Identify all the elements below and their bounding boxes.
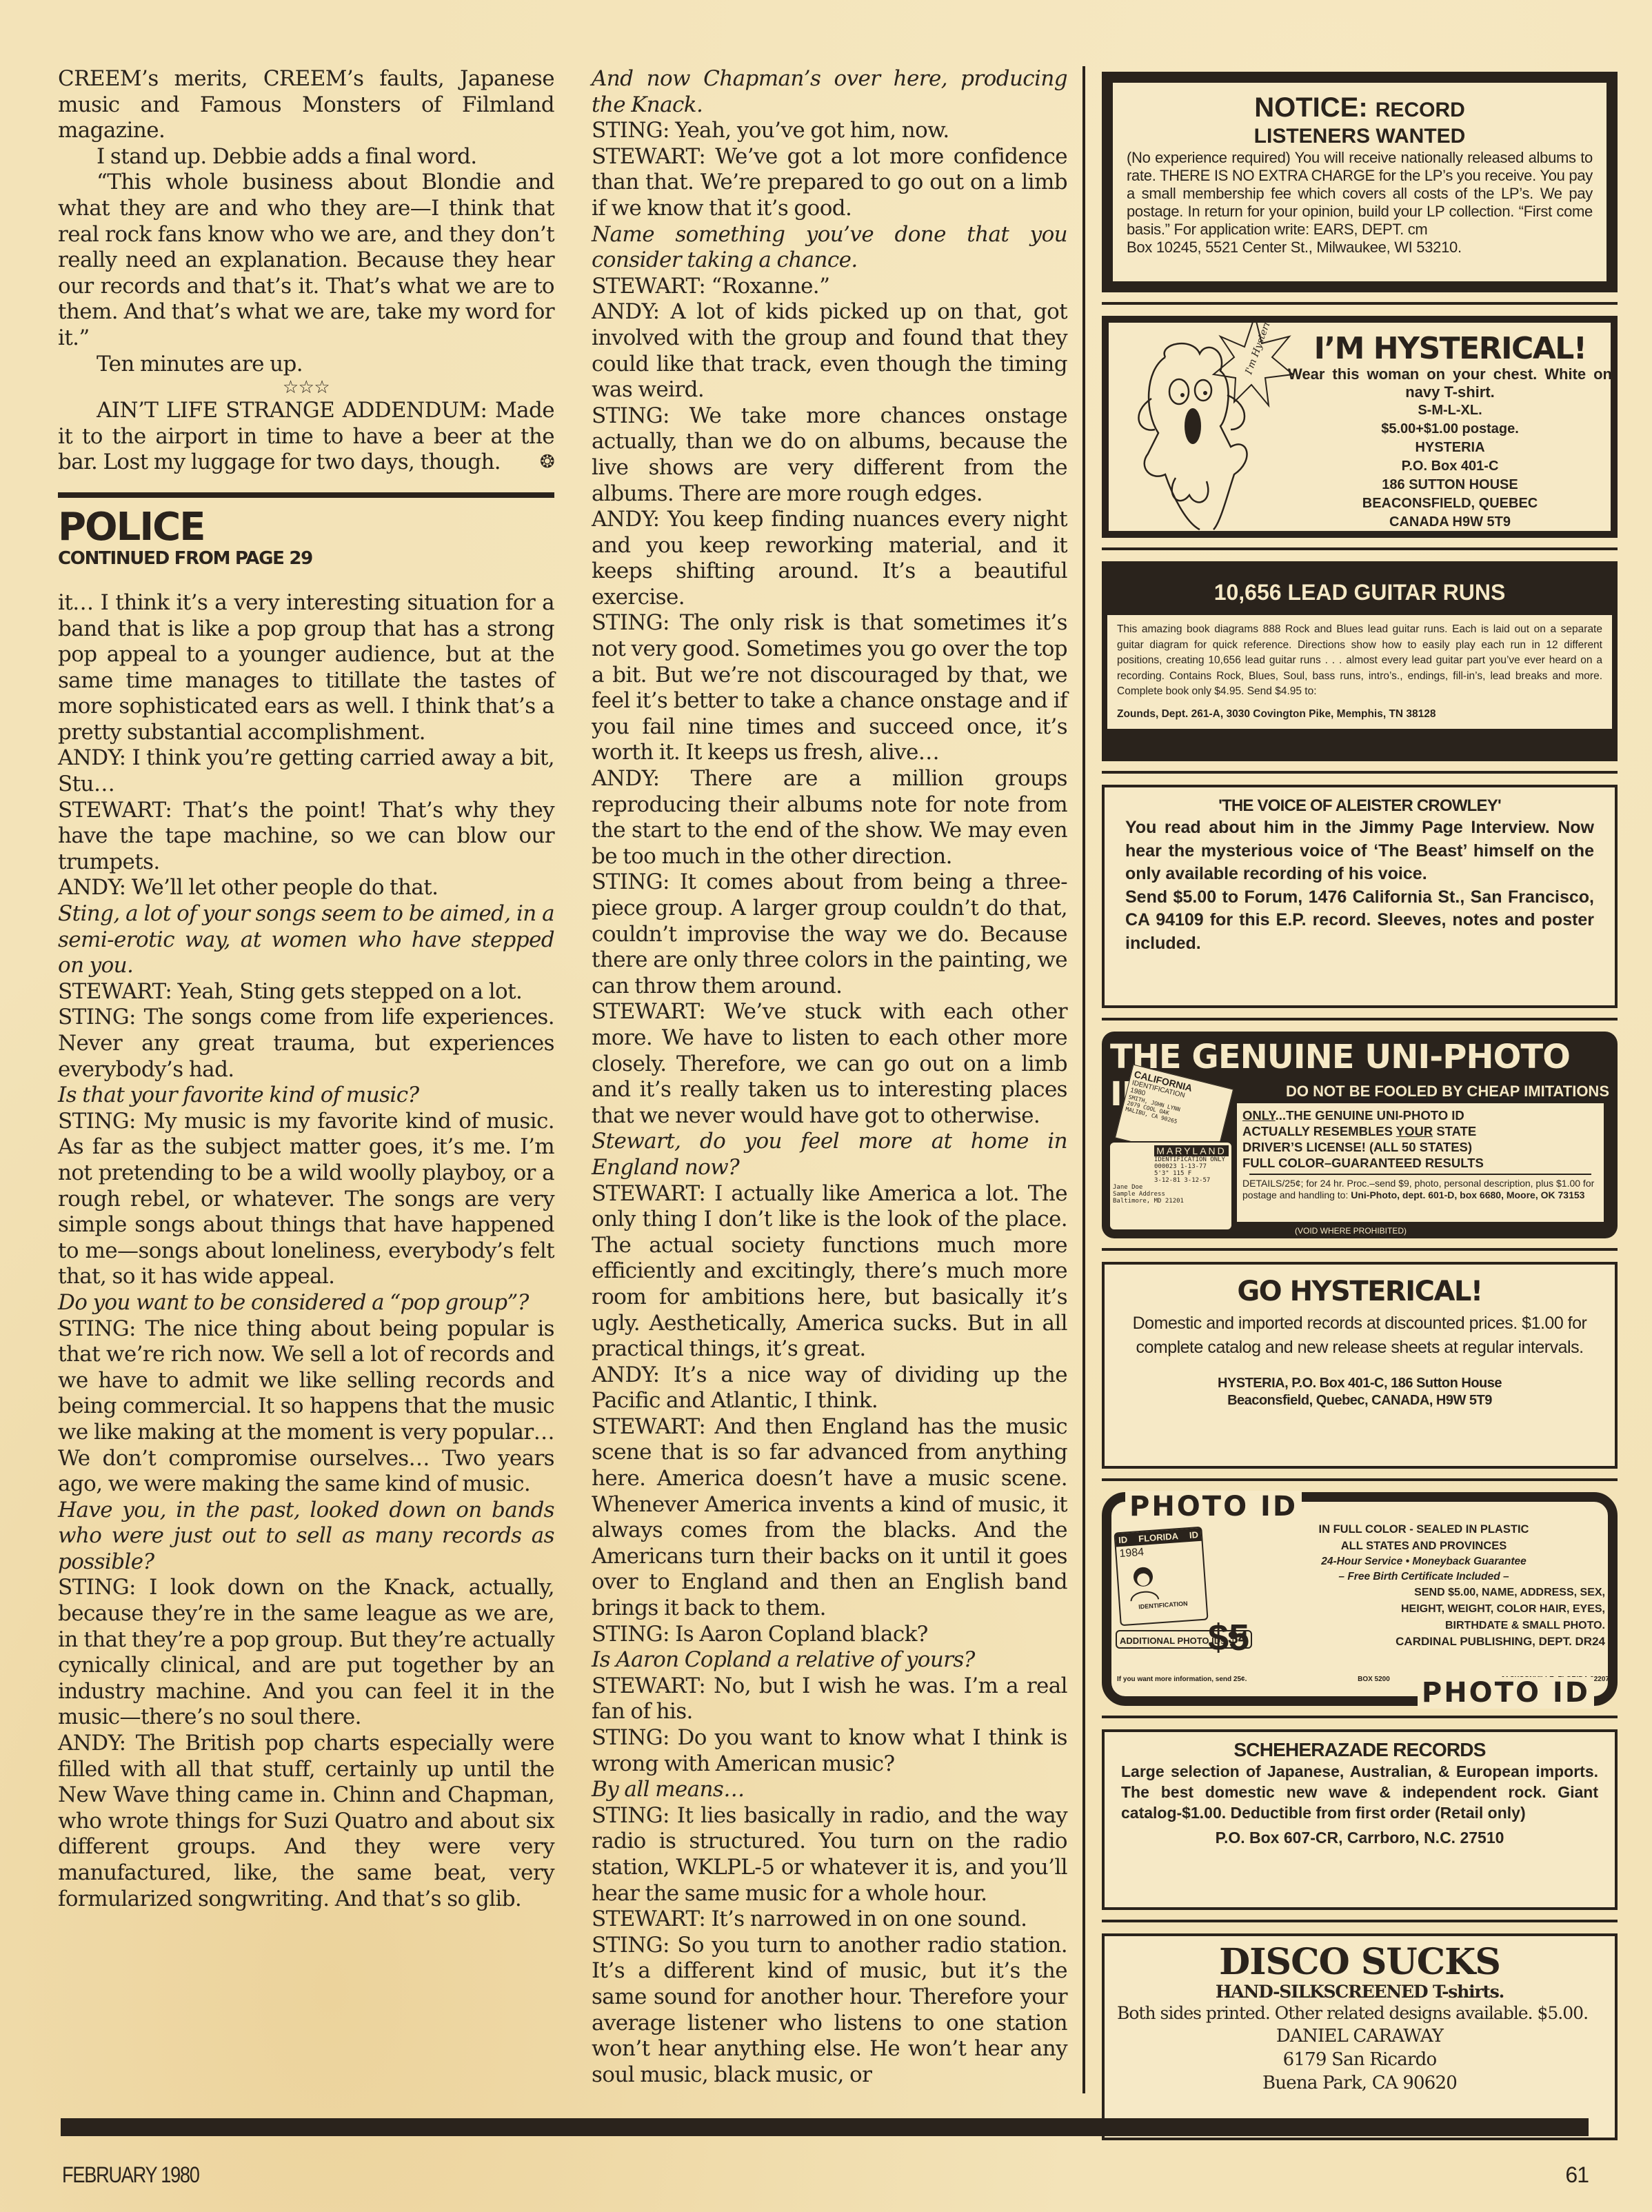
ad-claim-line: FULL COLOR–GUARANTEED RESULTS <box>1242 1155 1598 1171</box>
ad-subheadline: LISTENERS WANTED <box>1127 124 1593 149</box>
paragraph: STEWART: And then England has the music … <box>592 1414 1067 1622</box>
ad-address: Box 10245, 5521 Center St., Milwaukee, W… <box>1127 239 1593 257</box>
paragraph: ANDY: We’ll let other people do that. <box>58 875 554 901</box>
ad-claim-line: ACTUALLY RESEMBLES YOUR STATE <box>1242 1123 1598 1139</box>
interviewer-question: Have you, in the past, looked down on ba… <box>58 1498 554 1576</box>
paragraph: I stand up. Debbie adds a final word. <box>58 144 554 170</box>
sample-id-cards: CALIFORNIA IDENTIFICATION 1980 SMITH, JO… <box>1109 1069 1226 1227</box>
interviewer-question: Is that your favorite kind of music? <box>58 1083 554 1109</box>
ad-subheadline: DO NOT BE FOOLED BY CHEAP IMITATIONS <box>1286 1083 1609 1100</box>
svg-text:I'm Hysterical: I'm Hysterical <box>1243 316 1278 376</box>
section-stars-divider: ☆☆☆ <box>58 377 554 398</box>
ad-text: IN FULL COLOR - SEALED IN PLASTIC ALL ST… <box>1242 1521 1605 1649</box>
ad-divider <box>1102 1478 1618 1481</box>
interviewer-question: Sting, a lot of your songs seem to be ai… <box>58 901 554 979</box>
ad-address-line: P.O. Box 401-C <box>1288 457 1612 476</box>
ad-headline: 10,656 LEAD GUITAR RUNS <box>1107 579 1612 605</box>
paragraph: STEWART: We’ve got a lot more confidence… <box>592 144 1067 222</box>
ad-headline: DISCO SUCKS <box>1117 1943 1602 1982</box>
ad-body: Wear this woman on your chest. White on … <box>1288 365 1612 401</box>
interviewer-question: Stewart, do you feel more at home in Eng… <box>592 1129 1067 1180</box>
end-mark-icon: ❂ <box>501 450 554 476</box>
ad-photo-id: PHOTO ID IDFLORIDAID 1984 IDENTIFICATION… <box>1102 1492 1618 1706</box>
ad-address: Zounds, Dept. 261-A, 3030 Covington Pike… <box>1117 707 1602 723</box>
ad-im-hysterical: I'm Hysterical I’M HYSTERICAL! Wear this… <box>1102 316 1618 538</box>
ad-divider <box>1102 302 1618 305</box>
ad-body-box: This amazing book diagrams 888 Rock and … <box>1107 615 1612 729</box>
ad-price: $5.00+$1.00 postage. <box>1288 420 1612 439</box>
ad-body: You read about him in the Jimmy Page Int… <box>1125 816 1594 886</box>
article-column-left: CREEM’s merits, CREEM’s faults, Japanese… <box>58 66 554 1912</box>
section-divider <box>58 492 554 498</box>
ad-address: P.O. Box 607-CR, Carrboro, N.C. 27510 <box>1121 1826 1598 1849</box>
ad-divider <box>1102 1018 1618 1020</box>
florida-id-card-illustration: IDFLORIDAID 1984 IDENTIFICATION <box>1114 1527 1208 1627</box>
ad-divider <box>1102 1248 1618 1251</box>
interviewer-question: Do you want to be considered a “pop grou… <box>58 1290 554 1316</box>
column-divider <box>1082 66 1085 2093</box>
paragraph: ANDY: It’s a nice way of dividing up the… <box>592 1363 1067 1414</box>
ad-headline-top: PHOTO ID <box>1125 1491 1302 1522</box>
paragraph: CREEM’s merits, CREEM’s faults, Japanese… <box>58 66 554 144</box>
paragraph: STEWART: It’s narrowed in on one sound. <box>592 1907 1067 1933</box>
ad-company: HYSTERIA <box>1288 439 1612 457</box>
screaming-woman-illustration-icon: I'm Hysterical <box>1117 316 1296 536</box>
paragraph: STEWART: We’ve stuck with each other mor… <box>592 999 1067 1129</box>
ad-body: Domestic and imported records at discoun… <box>1122 1311 1597 1360</box>
paragraph: STING: The nice thing about being popula… <box>58 1316 554 1498</box>
ad-body-box: ONLY...THE GENUINE UNI-PHOTO ID ACTUALLY… <box>1237 1103 1604 1222</box>
police-article-body: it… I think it’s a very interesting situ… <box>58 590 554 1912</box>
paragraph: STING: Is Aaron Copland black? <box>592 1622 1067 1648</box>
paragraph: Ten minutes are up. <box>58 352 554 378</box>
ad-address: HYSTERIA, P.O. Box 401-C, 186 Sutton Hou… <box>1122 1375 1597 1409</box>
paragraph: STEWART: No, but I wish he was. I’m a re… <box>592 1673 1067 1725</box>
paragraph: ANDY: The British pop charts especially … <box>58 1731 554 1912</box>
interviewer-question: Name something you’ve done that you cons… <box>592 222 1067 274</box>
paragraph: STING: The only risk is that sometimes i… <box>592 610 1067 766</box>
ad-address-line: 6179 San Ricardo <box>1117 2048 1602 2071</box>
paragraph: STING: Do you want to know what I think … <box>592 1725 1067 1777</box>
ad-divider <box>1102 547 1618 550</box>
ad-order-info: Send $5.00 to Forum, 1476 California St.… <box>1125 886 1594 956</box>
ad-subheadline: HAND-SILKSCREENED T-shirts. <box>1117 1982 1602 2002</box>
paragraph: ANDY: There are a million groups reprodu… <box>592 766 1067 869</box>
ad-headline: I’M HYSTERICAL! <box>1288 332 1612 365</box>
paragraph: STEWART: That’s the point! That’s why th… <box>58 798 554 876</box>
ad-text: I’M HYSTERICAL! Wear this woman on your … <box>1288 332 1612 532</box>
ad-uni-photo-id: THE GENUINE UNI-PHOTO ID DO NOT BE FOOLE… <box>1102 1032 1618 1238</box>
ad-body: Both sides printed. Other related design… <box>1117 2002 1602 2024</box>
ad-headline: NOTICE: RECORD <box>1127 94 1593 124</box>
paragraph: ANDY: You keep finding nuances every nig… <box>592 507 1067 610</box>
ad-details: DETAILS/25¢; for 24 hr. Proc.–send $9, p… <box>1242 1178 1598 1201</box>
police-article-body-continued: And now Chapman’s over here, producing t… <box>592 66 1067 2088</box>
ad-address-line: Buena Park, CA 90620 <box>1117 2071 1602 2095</box>
police-article-title: POLICE <box>58 507 554 547</box>
paragraph: STING: I look down on the Knack, actuall… <box>58 1575 554 1731</box>
ad-claim-line: ONLY...THE GENUINE UNI-PHOTO ID <box>1242 1107 1598 1123</box>
ad-divider <box>1102 1920 1618 1922</box>
paragraph: STING: Yeah, you’ve got him, now. <box>592 118 1067 144</box>
paragraph: STING: So you turn to another radio stat… <box>592 1933 1067 2089</box>
issue-date: FEBRUARY 1980 <box>62 2162 199 2188</box>
ad-divider-line <box>1249 1174 1591 1175</box>
maryland-id-card-illustration: MARYLAND IDENTIFICATION ONLY 000023 1-13… <box>1109 1141 1233 1231</box>
ad-go-hysterical: GO HYSTERICAL! Domestic and imported rec… <box>1102 1262 1618 1469</box>
ad-record-listeners: NOTICE: RECORD LISTENERS WANTED (No expe… <box>1102 72 1618 292</box>
paragraph: STING: My music is my favorite kind of m… <box>58 1109 554 1290</box>
paragraph: STEWART: “Roxanne.” <box>592 274 1067 300</box>
ad-aleister-crowley: 'THE VOICE OF ALEISTER CROWLEY' You read… <box>1102 785 1618 1008</box>
paragraph: STING: It lies basically in radio, and t… <box>592 1803 1067 1907</box>
paragraph: ANDY: A lot of kids picked up on that, g… <box>592 299 1067 403</box>
page-number: 61 <box>1565 2162 1589 2188</box>
continued-from-label: CONTINUED FROM PAGE 29 <box>58 547 554 570</box>
paragraph: STEWART: I actually like America a lot. … <box>592 1181 1067 1363</box>
paragraph: STING: We take more chances onstage actu… <box>592 403 1067 507</box>
interviewer-question: By all means… <box>592 1777 1067 1803</box>
paragraph: STEWART: Yeah, Sting gets stepped on a l… <box>58 979 554 1005</box>
portrait-icon <box>1121 1559 1165 1603</box>
ad-disclaimer: (VOID WHERE PROHIBITED) <box>1295 1226 1407 1236</box>
footer-bar <box>61 2118 1589 2136</box>
addendum-paragraph: AIN’T LIFE STRANGE ADDENDUM: Made it to … <box>58 398 554 476</box>
classified-ads-column: NOTICE: RECORD LISTENERS WANTED (No expe… <box>1102 72 1618 2140</box>
interviewer-question: And now Chapman’s over here, producing t… <box>592 66 1067 118</box>
ad-headline: GO HYSTERICAL! <box>1122 1276 1597 1307</box>
ad-disco-sucks: DISCO SUCKS HAND-SILKSCREENED T-shirts. … <box>1102 1933 1618 2140</box>
paragraph: STING: It comes about from being a three… <box>592 869 1067 999</box>
ad-address-line: CANADA H9W 5T9 <box>1288 513 1612 532</box>
ad-divider <box>1102 771 1618 774</box>
ad-address-line: BEACONSFIELD, QUEBEC <box>1288 494 1612 513</box>
ad-headline: 'THE VOICE OF ALEISTER CROWLEY' <box>1125 796 1594 816</box>
ad-headline-bottom: PHOTO ID <box>1418 1677 1594 1709</box>
blondie-article-end: CREEM’s merits, CREEM’s faults, Japanese… <box>58 66 554 476</box>
paragraph: ANDY: I think you’re getting carried awa… <box>58 745 554 797</box>
ad-address-line: 186 SUTTON HOUSE <box>1288 476 1612 494</box>
article-column-middle: And now Chapman’s over here, producing t… <box>592 66 1067 2088</box>
paragraph: “This whole business about Blondie and w… <box>58 170 554 351</box>
ad-scheherazade-records: SCHEHERAZADE RECORDS Large selection of … <box>1102 1729 1618 1910</box>
ad-body: (No experience required) You will receiv… <box>1127 149 1593 239</box>
ad-divider <box>1102 1716 1618 1718</box>
paragraph: STING: The songs come from life experien… <box>58 1005 554 1083</box>
ad-claim-line: DRIVER’S LICENSE! (ALL 50 STATES) <box>1242 1139 1598 1155</box>
interviewer-question: Is Aaron Copland a relative of yours? <box>592 1647 1067 1673</box>
ad-sizes: S-M-L-XL. <box>1288 401 1612 420</box>
paragraph: it… I think it’s a very interesting situ… <box>58 590 554 746</box>
ad-address-line: DANIEL CARAWAY <box>1117 2024 1602 2048</box>
ad-body: Large selection of Japanese, Australian,… <box>1121 1761 1598 1823</box>
ad-body: This amazing book diagrams 888 Rock and … <box>1117 622 1602 700</box>
ad-lead-guitar-runs: 10,656 LEAD GUITAR RUNS This amazing boo… <box>1102 561 1618 761</box>
ad-headline: SCHEHERAZADE RECORDS <box>1121 1739 1598 1761</box>
